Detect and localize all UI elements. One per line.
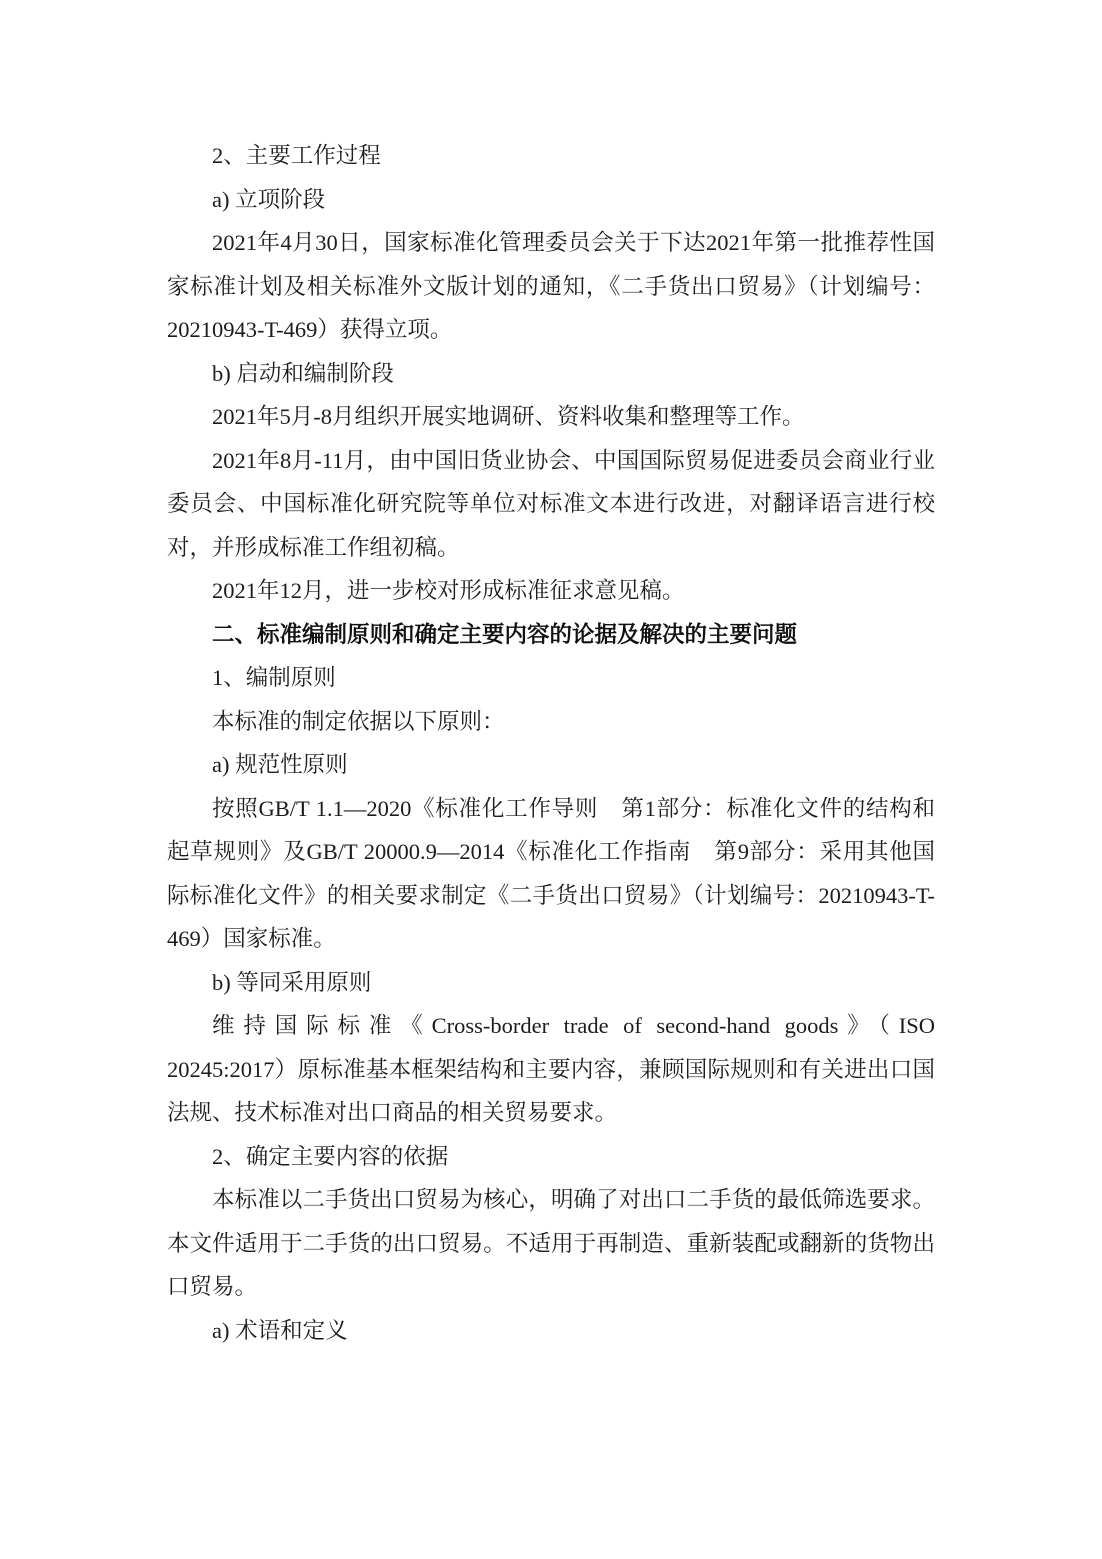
paragraph: 2021年12月，进一步校对形成标准征求意见稿。 bbox=[167, 569, 935, 613]
document-page: 2、主要工作过程a) 立项阶段2021年4月30日，国家标准化管理委员会关于下达… bbox=[0, 0, 1102, 1559]
paragraph: b) 等同采用原则 bbox=[167, 961, 935, 1005]
paragraph: 2021年5月-8月组织开展实地调研、资料收集和整理等工作。 bbox=[167, 395, 935, 439]
paragraph: 2、确定主要内容的依据 bbox=[167, 1135, 935, 1179]
paragraph: b) 启动和编制阶段 bbox=[167, 352, 935, 396]
paragraph: 1、编制原则 bbox=[167, 656, 935, 700]
paragraph: 本标准以二手货出口贸易为核心，明确了对出口二手货的最低筛选要求。本文件适用于二手… bbox=[167, 1178, 935, 1309]
paragraph: a) 术语和定义 bbox=[167, 1309, 935, 1353]
paragraph: a) 立项阶段 bbox=[167, 178, 935, 222]
document-body: 2、主要工作过程a) 立项阶段2021年4月30日，国家标准化管理委员会关于下达… bbox=[167, 134, 935, 1352]
paragraph: 2021年8月-11月，由中国旧货业协会、中国国际贸易促进委员会商业行业委员会、… bbox=[167, 439, 935, 570]
section-heading: 二、标准编制原则和确定主要内容的论据及解决的主要问题 bbox=[167, 613, 935, 657]
paragraph: 按照GB/T 1.1—2020《标准化工作导则 第1部分：标准化文件的结构和起草… bbox=[167, 787, 935, 961]
paragraph: a) 规范性原则 bbox=[167, 743, 935, 787]
paragraph: 本标准的制定依据以下原则： bbox=[167, 700, 935, 744]
paragraph: 2、主要工作过程 bbox=[167, 134, 935, 178]
paragraph: 维持国际标准《Cross-border trade of second-hand… bbox=[167, 1004, 935, 1135]
paragraph: 2021年4月30日，国家标准化管理委员会关于下达2021年第一批推荐性国家标准… bbox=[167, 221, 935, 352]
